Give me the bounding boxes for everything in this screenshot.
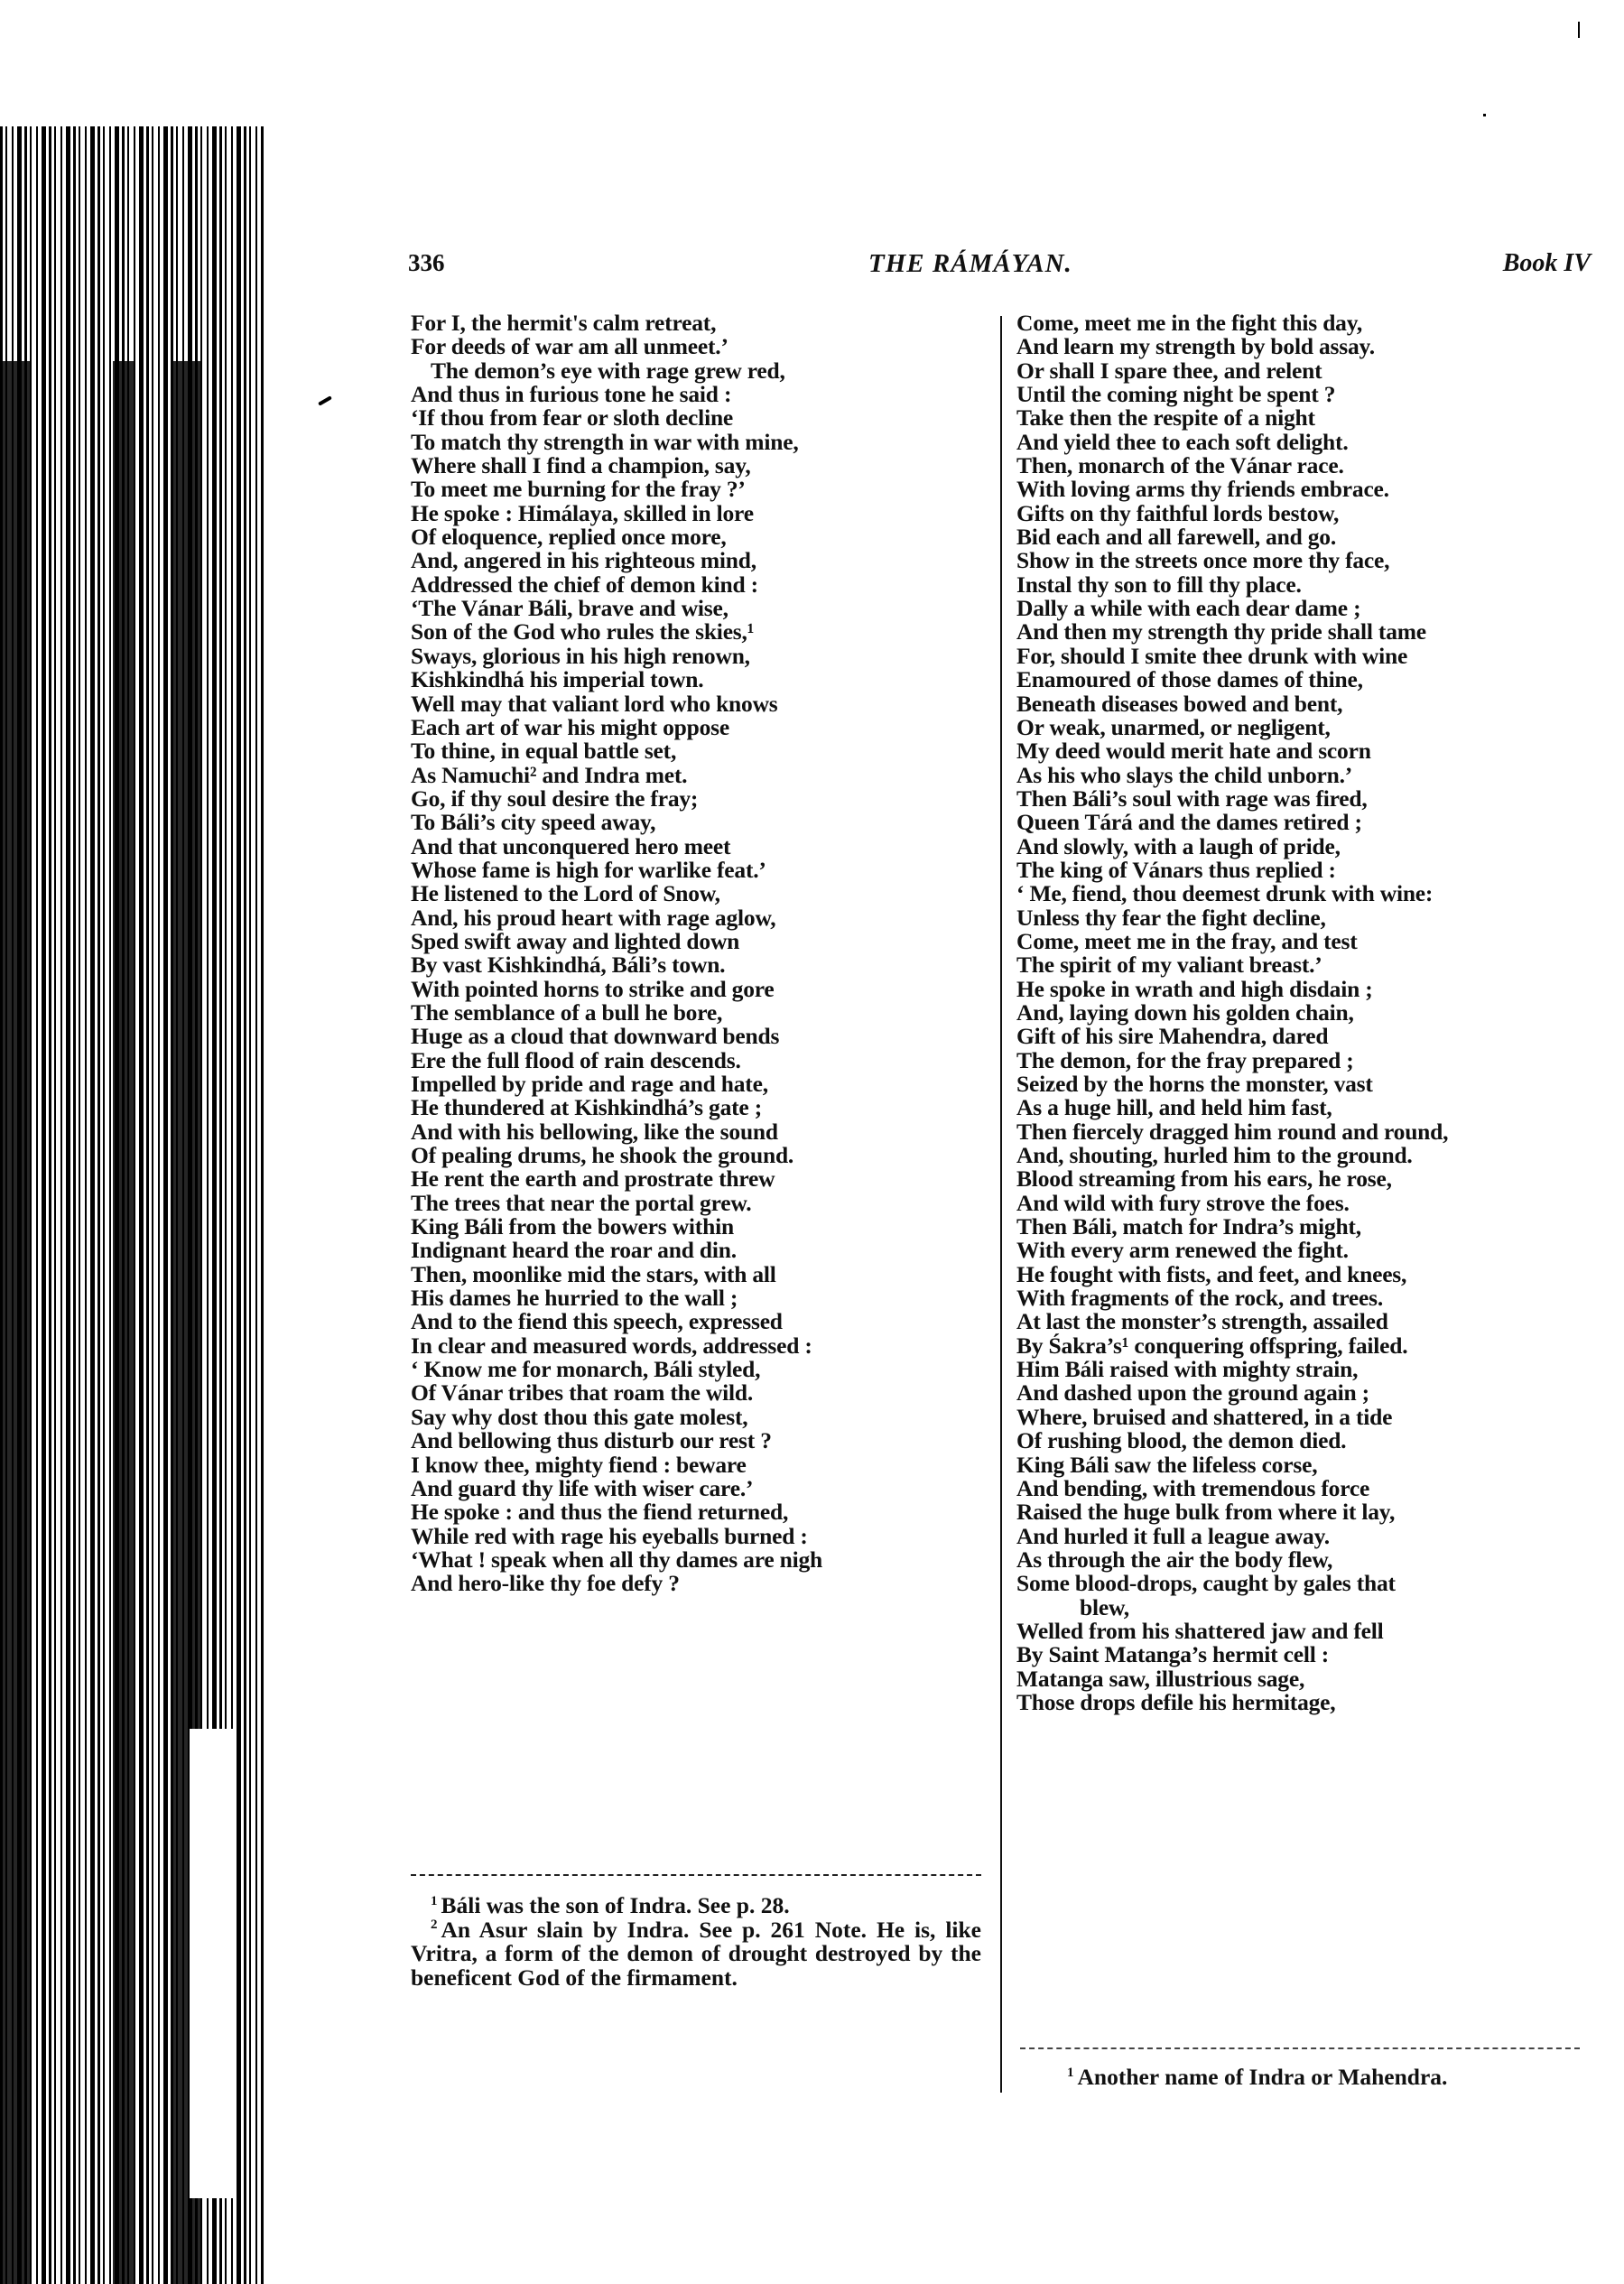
footnote-marker: 1 — [431, 1894, 438, 1908]
verse-line: Where shall I find a champion, say, — [411, 454, 988, 478]
verse-line: The semblance of a bull he bore, — [411, 1001, 988, 1025]
verse-line: Unless thy fear the fight decline, — [1016, 906, 1594, 930]
verse-line: Come, meet me in the fray, and test — [1016, 930, 1594, 953]
verse-line: As his who slays the child unborn.’ — [1016, 764, 1594, 787]
verse-line: As through the air the body flew, — [1016, 1548, 1594, 1572]
verse-line: Then, monarch of the Vánar race. — [1016, 454, 1594, 478]
verse-line: Take then the respite of a night — [1016, 406, 1594, 430]
verse-line: And, his proud heart with rage aglow, — [411, 906, 988, 930]
verse-line: And bending, with tremendous force — [1016, 1477, 1594, 1500]
footnote-rule-left — [411, 1874, 981, 1876]
verse-line: And hurled it full a league away. — [1016, 1525, 1594, 1548]
verse-line: While red with rage his eyeballs burned … — [411, 1525, 988, 1548]
verse-line: And yield thee to each soft delight. — [1016, 431, 1594, 454]
footnote-text: Báli was the son of Indra. See p. 28. — [441, 1892, 790, 1918]
verse-line: blew, — [1016, 1596, 1594, 1620]
verse-line: King Báli saw the lifeless corse, — [1016, 1453, 1594, 1477]
footnote-marker: 1 — [1067, 2066, 1074, 2080]
verse-line: Where, bruised and shattered, in a tide — [1016, 1406, 1594, 1429]
verse-line: For I, the hermit's calm retreat, — [411, 311, 988, 335]
verse-line: With pointed horns to strike and gore — [411, 978, 988, 1001]
verse-line: ‘If thou from fear or sloth decline — [411, 406, 988, 430]
verse-line: He spoke : Himálaya, skilled in lore — [411, 502, 988, 525]
verse-line: With loving arms thy friends embrace. — [1016, 478, 1594, 501]
verse-line: Or weak, unarmed, or negligent, — [1016, 716, 1594, 739]
verse-line: Show in the streets once more thy face, — [1016, 549, 1594, 572]
verse-line: With every arm renewed the fight. — [1016, 1239, 1594, 1262]
scan-mark-tick — [1578, 22, 1580, 38]
footnotes-right: 1Another name of Indra or Mahendra. — [1047, 2066, 1598, 2090]
scanned-page-edge-gap — [190, 1729, 235, 2198]
verse-line: In clear and measured words, addressed : — [411, 1334, 988, 1358]
verse-line: Each art of war his might oppose — [411, 716, 988, 739]
verse-line: And then my strength thy pride shall tam… — [1016, 620, 1594, 644]
verse-line: Sped swift away and lighted down — [411, 930, 988, 953]
verse-line: By Śakra’s¹ conquering offspring, failed… — [1016, 1334, 1594, 1358]
verse-line: He fought with fists, and feet, and knee… — [1016, 1263, 1594, 1286]
verse-line: And, shouting, hurled him to the ground. — [1016, 1144, 1594, 1167]
verse-line: Sways, glorious in his high renown, — [411, 645, 988, 668]
scan-mark-dot — [1483, 114, 1486, 116]
verse-line: Kishkindhá his imperial town. — [411, 668, 988, 692]
verse-line: Those drops defile his hermitage, — [1016, 1691, 1594, 1714]
verse-line: And wild with fury strove the foes. — [1016, 1192, 1594, 1215]
footnote: 1Báli was the son of Indra. See p. 28. — [411, 1894, 981, 1918]
verse-line: He listened to the Lord of Snow, — [411, 882, 988, 905]
verse-line: ‘ Me, fiend, thou deemest drunk with win… — [1016, 882, 1594, 905]
verse-line: Gifts on thy faithful lords bestow, — [1016, 502, 1594, 525]
right-verse-column: Come, meet me in the fight this day,And … — [1016, 311, 1594, 1714]
verse-line: And bellowing thus disturb our rest ? — [411, 1429, 988, 1453]
verse-line: ‘The Vánar Báli, brave and wise, — [411, 597, 988, 620]
verse-line: Son of the God who rules the skies,¹ — [411, 620, 988, 644]
verse-line: The demon, for the fray prepared ; — [1016, 1049, 1594, 1072]
verse-line: Well may that valiant lord who knows — [411, 692, 988, 716]
verse-line: Raised the huge bulk from where it lay, — [1016, 1500, 1594, 1524]
verse-line: He rent the earth and prostrate threw — [411, 1167, 988, 1191]
verse-line: The king of Vánars thus replied : — [1016, 859, 1594, 882]
verse-line: To match thy strength in war with mine, — [411, 431, 988, 454]
footnote-rule-right — [1020, 2047, 1580, 2049]
verse-line: Some blood-drops, caught by gales that — [1016, 1572, 1594, 1595]
page-number: 336 — [408, 249, 445, 277]
verse-line: And hero-like thy foe defy ? — [411, 1572, 988, 1595]
verse-line: ‘ Know me for monarch, Báli styled, — [411, 1358, 988, 1381]
verse-line: Bid each and all farewell, and go. — [1016, 525, 1594, 549]
verse-line: To thine, in equal battle set, — [411, 739, 988, 763]
verse-line: And dashed upon the ground again ; — [1016, 1381, 1594, 1405]
verse-line: Beneath diseases bowed and bent, — [1016, 692, 1594, 716]
verse-line: Whose fame is high for warlike feat.’ — [411, 859, 988, 882]
verse-line: Come, meet me in the fight this day, — [1016, 311, 1594, 335]
verse-line: And that unconquered hero meet — [411, 835, 988, 859]
verse-line: Then Báli, match for Indra’s might, — [1016, 1215, 1594, 1239]
left-verse-column: For I, the hermit's calm retreat,For dee… — [411, 311, 988, 1596]
verse-line: Gift of his sire Mahendra, dared — [1016, 1025, 1594, 1048]
verse-line: Of Vánar tribes that roam the wild. — [411, 1381, 988, 1405]
verse-line: By Saint Matanga’s hermit cell : — [1016, 1643, 1594, 1667]
running-head: 336 THE RÁMÁYAN. Book IV — [408, 249, 1591, 285]
verse-line: As a huge hill, and held him fast, — [1016, 1096, 1594, 1119]
verse-line: Blood streaming from his ears, he rose, — [1016, 1167, 1594, 1191]
column-divider — [1000, 316, 1002, 2093]
verse-line: Him Báli raised with mighty strain, — [1016, 1358, 1594, 1381]
verse-line: Of rushing blood, the demon died. — [1016, 1429, 1594, 1453]
verse-line: And guard thy life with wiser care.’ — [411, 1477, 988, 1500]
verse-line: For deeds of war am all unmeet.’ — [411, 335, 988, 358]
verse-line: He spoke : and thus the fiend returned, — [411, 1500, 988, 1524]
verse-line: His dames he hurried to the wall ; — [411, 1286, 988, 1310]
verse-line: By vast Kishkindhá, Báli’s town. — [411, 953, 988, 977]
verse-line: And slowly, with a laugh of pride, — [1016, 835, 1594, 859]
verse-line: Queen Tárá and the dames retired ; — [1016, 811, 1594, 834]
verse-line: The demon’s eye with rage grew red, — [411, 359, 988, 383]
verse-line: Enamoured of those dames of thine, — [1016, 668, 1594, 692]
verse-line: Addressed the chief of demon kind : — [411, 573, 988, 597]
verse-line: Instal thy son to fill thy place. — [1016, 573, 1594, 597]
verse-line: And learn my strength by bold assay. — [1016, 335, 1594, 358]
verse-line: Huge as a cloud that downward bends — [411, 1025, 988, 1048]
verse-line: King Báli from the bowers within — [411, 1215, 988, 1239]
verse-line: And to the fiend this speech, expressed — [411, 1310, 988, 1333]
verse-line: Of pealing drums, he shook the ground. — [411, 1144, 988, 1167]
verse-line: Then fiercely dragged him round and roun… — [1016, 1120, 1594, 1144]
book-number: Book IV — [1503, 249, 1591, 278]
verse-line: As Namuchi² and Indra met. — [411, 764, 988, 787]
verse-line: Of eloquence, replied once more, — [411, 525, 988, 549]
verse-line: Dally a while with each dear dame ; — [1016, 597, 1594, 620]
verse-line: To Báli’s city speed away, — [411, 811, 988, 834]
verse-line: Seized by the horns the monster, vast — [1016, 1072, 1594, 1096]
verse-line: Then Báli’s soul with rage was fired, — [1016, 787, 1594, 811]
verse-line: He spoke in wrath and high disdain ; — [1016, 978, 1594, 1001]
verse-line: The spirit of my valiant breast.’ — [1016, 953, 1594, 977]
verse-line: And, laying down his golden chain, — [1016, 1001, 1594, 1025]
verse-line: And, angered in his righteous mind, — [411, 549, 988, 572]
verse-line: With fragments of the rock, and trees. — [1016, 1286, 1594, 1310]
verse-line: Ere the full flood of rain descends. — [411, 1049, 988, 1072]
footnote: 2An Asur slain by Indra. See p. 261 Note… — [411, 1918, 981, 1991]
verse-line: ‘What ! speak when all thy dames are nig… — [411, 1548, 988, 1572]
footnote-text: Another name of Indra or Mahendra. — [1078, 2064, 1448, 2090]
verse-line: Then, moonlike mid the stars, with all — [411, 1263, 988, 1286]
verse-line: Until the coming night be spent ? — [1016, 383, 1594, 406]
verse-line: Matanga saw, illustrious sage, — [1016, 1667, 1594, 1691]
verse-line: My deed would merit hate and scorn — [1016, 739, 1594, 763]
verse-line: Say why dost thou this gate molest, — [411, 1406, 988, 1429]
footnote-marker: 2 — [431, 1917, 438, 1932]
verse-line: At last the monster’s strength, assailed — [1016, 1310, 1594, 1333]
book-title: THE RÁMÁYAN. — [868, 249, 1072, 279]
footnote-text: An Asur slain by Indra. See p. 261 Note.… — [411, 1917, 981, 1991]
footnotes-left: 1Báli was the son of Indra. See p. 28.2A… — [411, 1894, 981, 1990]
verse-line: Go, if thy soul desire the fray; — [411, 787, 988, 811]
verse-line: For, should I smite thee drunk with wine — [1016, 645, 1594, 668]
stray-ink-mark — [318, 395, 332, 405]
verse-line: He thundered at Kishkindhá’s gate ; — [411, 1096, 988, 1119]
verse-line: The trees that near the portal grew. — [411, 1192, 988, 1215]
verse-line: Indignant heard the roar and din. — [411, 1239, 988, 1262]
verse-line: And with his bellowing, like the sound — [411, 1120, 988, 1144]
verse-line: Or shall I spare thee, and relent — [1016, 359, 1594, 383]
verse-line: To meet me burning for the fray ?’ — [411, 478, 988, 501]
verse-line: I know thee, mighty fiend : beware — [411, 1453, 988, 1477]
verse-line: Impelled by pride and rage and hate, — [411, 1072, 988, 1096]
footnote: 1Another name of Indra or Mahendra. — [1047, 2066, 1598, 2090]
verse-line: And thus in furious tone he said : — [411, 383, 988, 406]
verse-line: Welled from his shattered jaw and fell — [1016, 1620, 1594, 1643]
